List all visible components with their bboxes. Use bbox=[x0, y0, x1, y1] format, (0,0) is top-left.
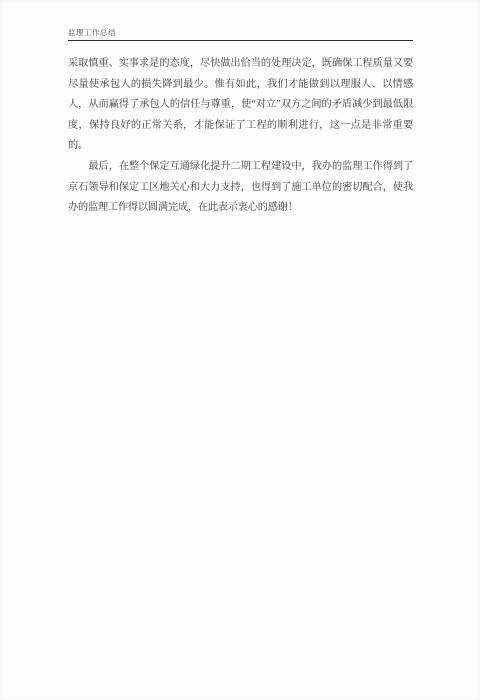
body-paragraph: 最后，在整个保定互通绿化提升二期工程建设中，我办的监理工作得到了京石领导和保定工… bbox=[68, 157, 413, 219]
page-header-title: 监理工作总结 bbox=[68, 27, 413, 38]
document-page: 监理工作总结 采取慎重、实事求是的态度，尽快做出恰当的处理决定，既确保工程质量又… bbox=[0, 0, 480, 700]
header-rule bbox=[68, 40, 413, 41]
body-paragraph: 采取慎重、实事求是的态度，尽快做出恰当的处理决定，既确保工程质量又要尽量使承包人… bbox=[68, 54, 413, 157]
document-body: 采取慎重、实事求是的态度，尽快做出恰当的处理决定，既确保工程质量又要尽量使承包人… bbox=[68, 54, 413, 219]
